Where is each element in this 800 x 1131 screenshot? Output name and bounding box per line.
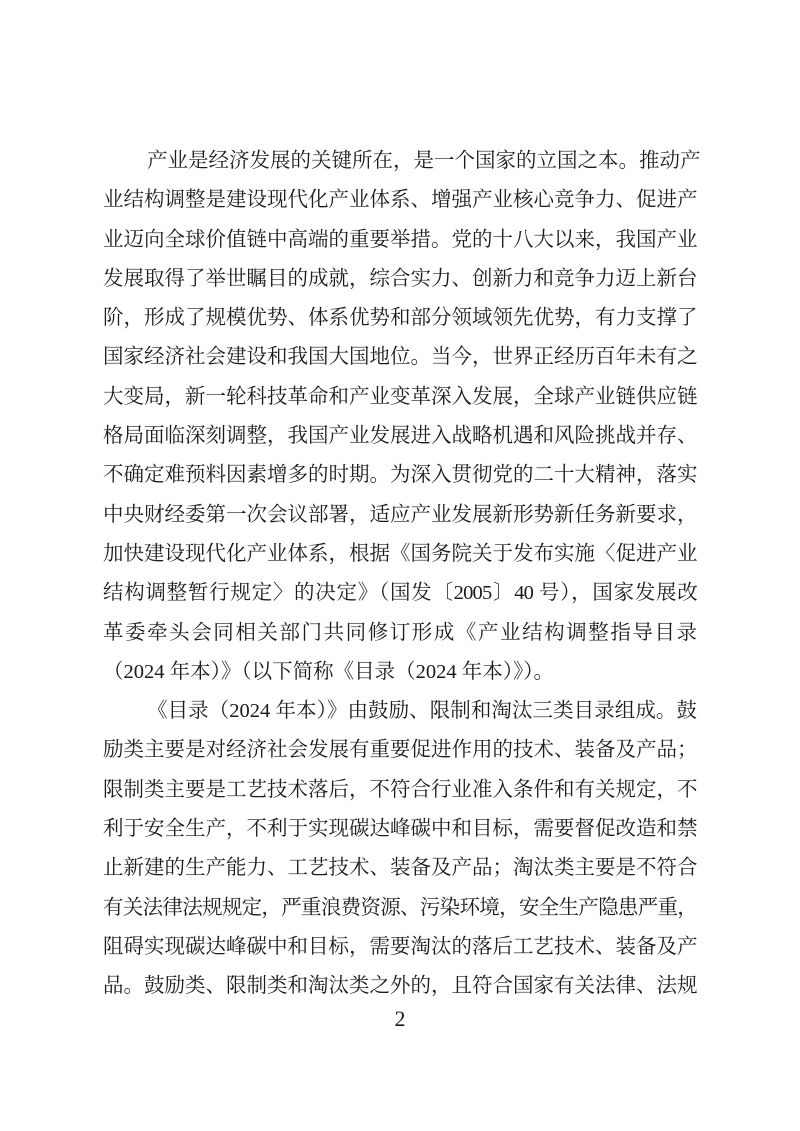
text-line: 业结构调整是建设现代化产业体系、增强产业核心竞争力、促进产 [103,181,697,220]
text-line: 发展取得了举世瞩目的成就，综合实力、创新力和竞争力迈上新台 [103,260,697,299]
text-line: 革委牵头会同相关部门共同修订形成《产业结构调整指导目录 [103,614,697,653]
text-line: 国家经济社会建设和我国大国地位。当今，世界正经历百年未有之 [103,338,697,377]
text-line: 《目录（2024 年本）》由鼓励、限制和淘汰三类目录组成。鼓 [103,692,697,731]
text-line: 格局面临深刻调整，我国产业发展进入战略机遇和风险挑战并存、 [103,417,697,456]
text-line: 品。鼓励类、限制类和淘汰类之外的，且符合国家有关法律、法规 [103,967,697,1006]
text-line: 加快建设现代化产业体系，根据《国务院关于发布实施〈促进产业 [103,535,697,574]
text-line: 大变局，新一轮科技革命和产业变革深入发展，全球产业链供应链 [103,378,697,417]
text-line: 阻碍实现碳达峰碳中和目标，需要淘汰的落后工艺技术、装备及产 [103,928,697,967]
text-line: 利于安全生产，不利于实现碳达峰碳中和目标，需要督促改造和禁 [103,810,697,849]
document-page: 产业是经济发展的关键所在，是一个国家的立国之本。推动产业结构调整是建设现代化产业… [0,0,800,1131]
text-line: 业迈向全球价值链中高端的重要举措。党的十八大以来，我国产业 [103,221,697,260]
text-line: 结构调整暂行规定〉的决定》（国发〔2005〕40 号），国家发展改 [103,574,697,613]
text-line: 阶，形成了规模优势、体系优势和部分领域领先优势，有力支撑了 [103,299,697,338]
text-line: 励类主要是对经济社会发展有重要促进作用的技术、装备及产品； [103,731,697,770]
page-number: 2 [0,1004,800,1034]
text-line: 产业是经济发展的关键所在，是一个国家的立国之本。推动产 [103,142,697,181]
text-line: 中央财经委第一次会议部署，适应产业发展新形势新任务新要求， [103,496,697,535]
text-line: 止新建的生产能力、工艺技术、装备及产品；淘汰类主要是不符合 [103,849,697,888]
document-body: 产业是经济发展的关键所在，是一个国家的立国之本。推动产业结构调整是建设现代化产业… [103,142,697,1007]
text-line: 不确定难预料因素增多的时期。为深入贯彻党的二十大精神，落实 [103,456,697,495]
text-line: （2024 年本）》（以下简称《目录（2024 年本）》）。 [103,653,697,692]
text-line: 限制类主要是工艺技术落后，不符合行业准入条件和有关规定，不 [103,771,697,810]
text-line: 有关法律法规规定，严重浪费资源、污染环境，安全生产隐患严重， [103,889,697,928]
